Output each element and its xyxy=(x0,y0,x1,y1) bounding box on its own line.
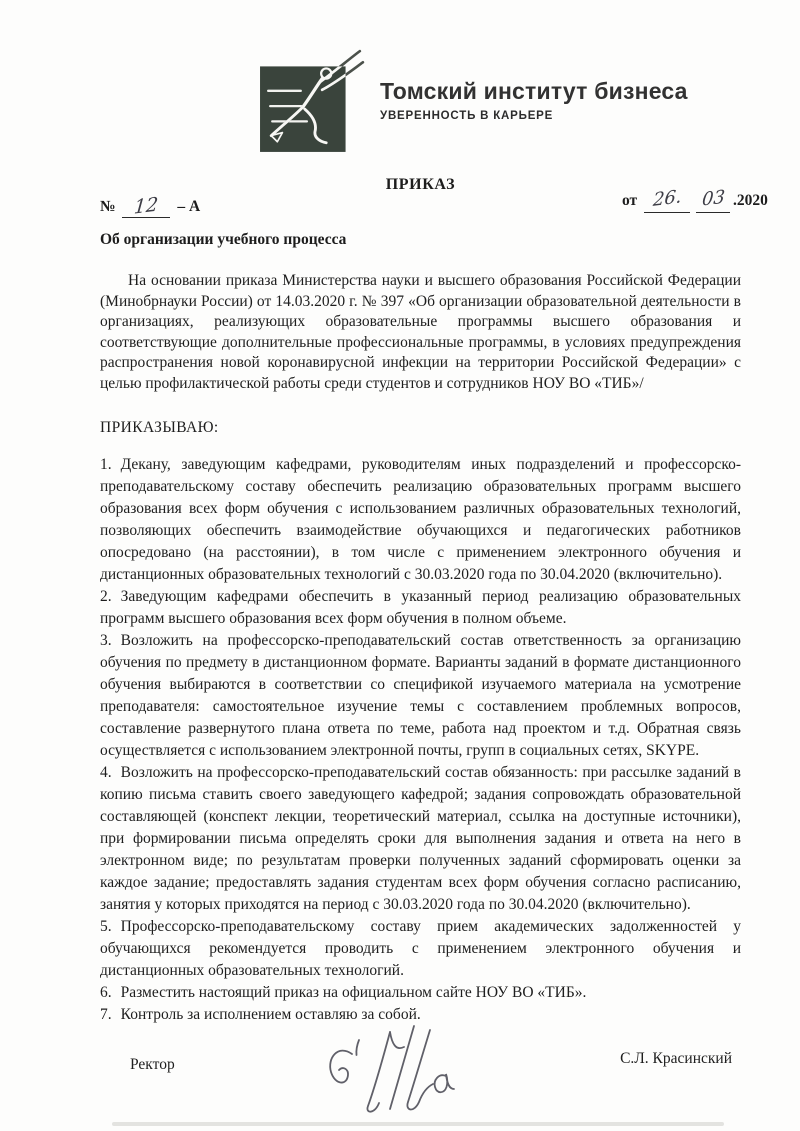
directive-heading: ПРИКАЗЫВАЮ: xyxy=(100,417,741,439)
item-text: Профессорско-преподавательскому составу … xyxy=(100,918,741,979)
order-subject: Об организации учебного процесса xyxy=(100,231,346,249)
order-date-line: от 26.03.2020 xyxy=(622,192,768,213)
handwritten-signature-icon xyxy=(318,1014,478,1124)
item-text: Разместить настоящий приказ на официальн… xyxy=(121,984,587,1001)
item-text: Возложить на профессорско-преподавательс… xyxy=(100,632,741,759)
date-day-blank: 26. xyxy=(644,192,690,213)
item-number: 1. xyxy=(100,456,112,473)
institute-logo: Томский институт бизнеса УВЕРЕННОСТЬ В К… xyxy=(258,44,688,156)
order-body: На основании приказа Министерства науки … xyxy=(100,271,741,1026)
date-label: от xyxy=(622,192,637,209)
running-figure-icon xyxy=(258,44,370,156)
item-number: 2. xyxy=(100,588,112,605)
order-item-3: 3.Возложить на профессорско-преподавател… xyxy=(100,630,741,762)
item-number: 5. xyxy=(100,918,112,935)
number-label: № xyxy=(100,198,116,215)
order-item-4: 4.Возложить на профессорско-преподавател… xyxy=(100,762,741,916)
order-item-6: 6.Разместить настоящий приказ на официал… xyxy=(100,982,741,1004)
order-item-5: 5.Профессорско-преподавательскому состав… xyxy=(100,916,741,982)
institute-tagline: УВЕРЕННОСТЬ В КАРЬЕРЕ xyxy=(380,110,688,122)
order-items: 1.Декану, заведующим кафедрами, руководи… xyxy=(100,454,741,1026)
handwritten-month: 03 xyxy=(701,186,726,210)
handwritten-number: 12 xyxy=(133,193,159,218)
item-number: 4. xyxy=(100,764,112,781)
preamble-paragraph: На основании приказа Министерства науки … xyxy=(100,271,741,395)
item-number: 6. xyxy=(100,984,112,1001)
signature-block: Ректор С.Л. Красинский xyxy=(100,1040,741,1130)
number-suffix: – А xyxy=(177,198,200,215)
scan-artifact-line xyxy=(112,1122,724,1126)
scanned-order-document: Томский институт бизнеса УВЕРЕННОСТЬ В К… xyxy=(0,0,800,1131)
item-text: Декану, заведующим кафедрами, руководите… xyxy=(100,456,741,583)
order-item-1: 1.Декану, заведующим кафедрами, руководи… xyxy=(100,454,741,586)
brand-text: Томский институт бизнеса УВЕРЕННОСТЬ В К… xyxy=(380,78,688,122)
date-month-blank: 03 xyxy=(696,192,730,213)
item-number: 3. xyxy=(100,632,112,649)
signatory-position: Ректор xyxy=(130,1056,175,1074)
number-blank: 12 xyxy=(122,197,170,218)
institute-name: Томский институт бизнеса xyxy=(380,78,688,105)
item-text: Возложить на профессорско-преподавательс… xyxy=(100,764,741,913)
signatory-name: С.Л. Красинский xyxy=(620,1050,732,1068)
item-text: Заведующим кафедрами обеспечить в указан… xyxy=(100,588,741,627)
order-number-line: № 12 – А xyxy=(100,197,200,218)
order-item-2: 2.Заведующим кафедрами обеспечить в указ… xyxy=(100,586,741,630)
date-year: .2020 xyxy=(733,192,768,209)
handwritten-day: 26. xyxy=(652,186,682,211)
item-number: 7. xyxy=(100,1006,112,1023)
